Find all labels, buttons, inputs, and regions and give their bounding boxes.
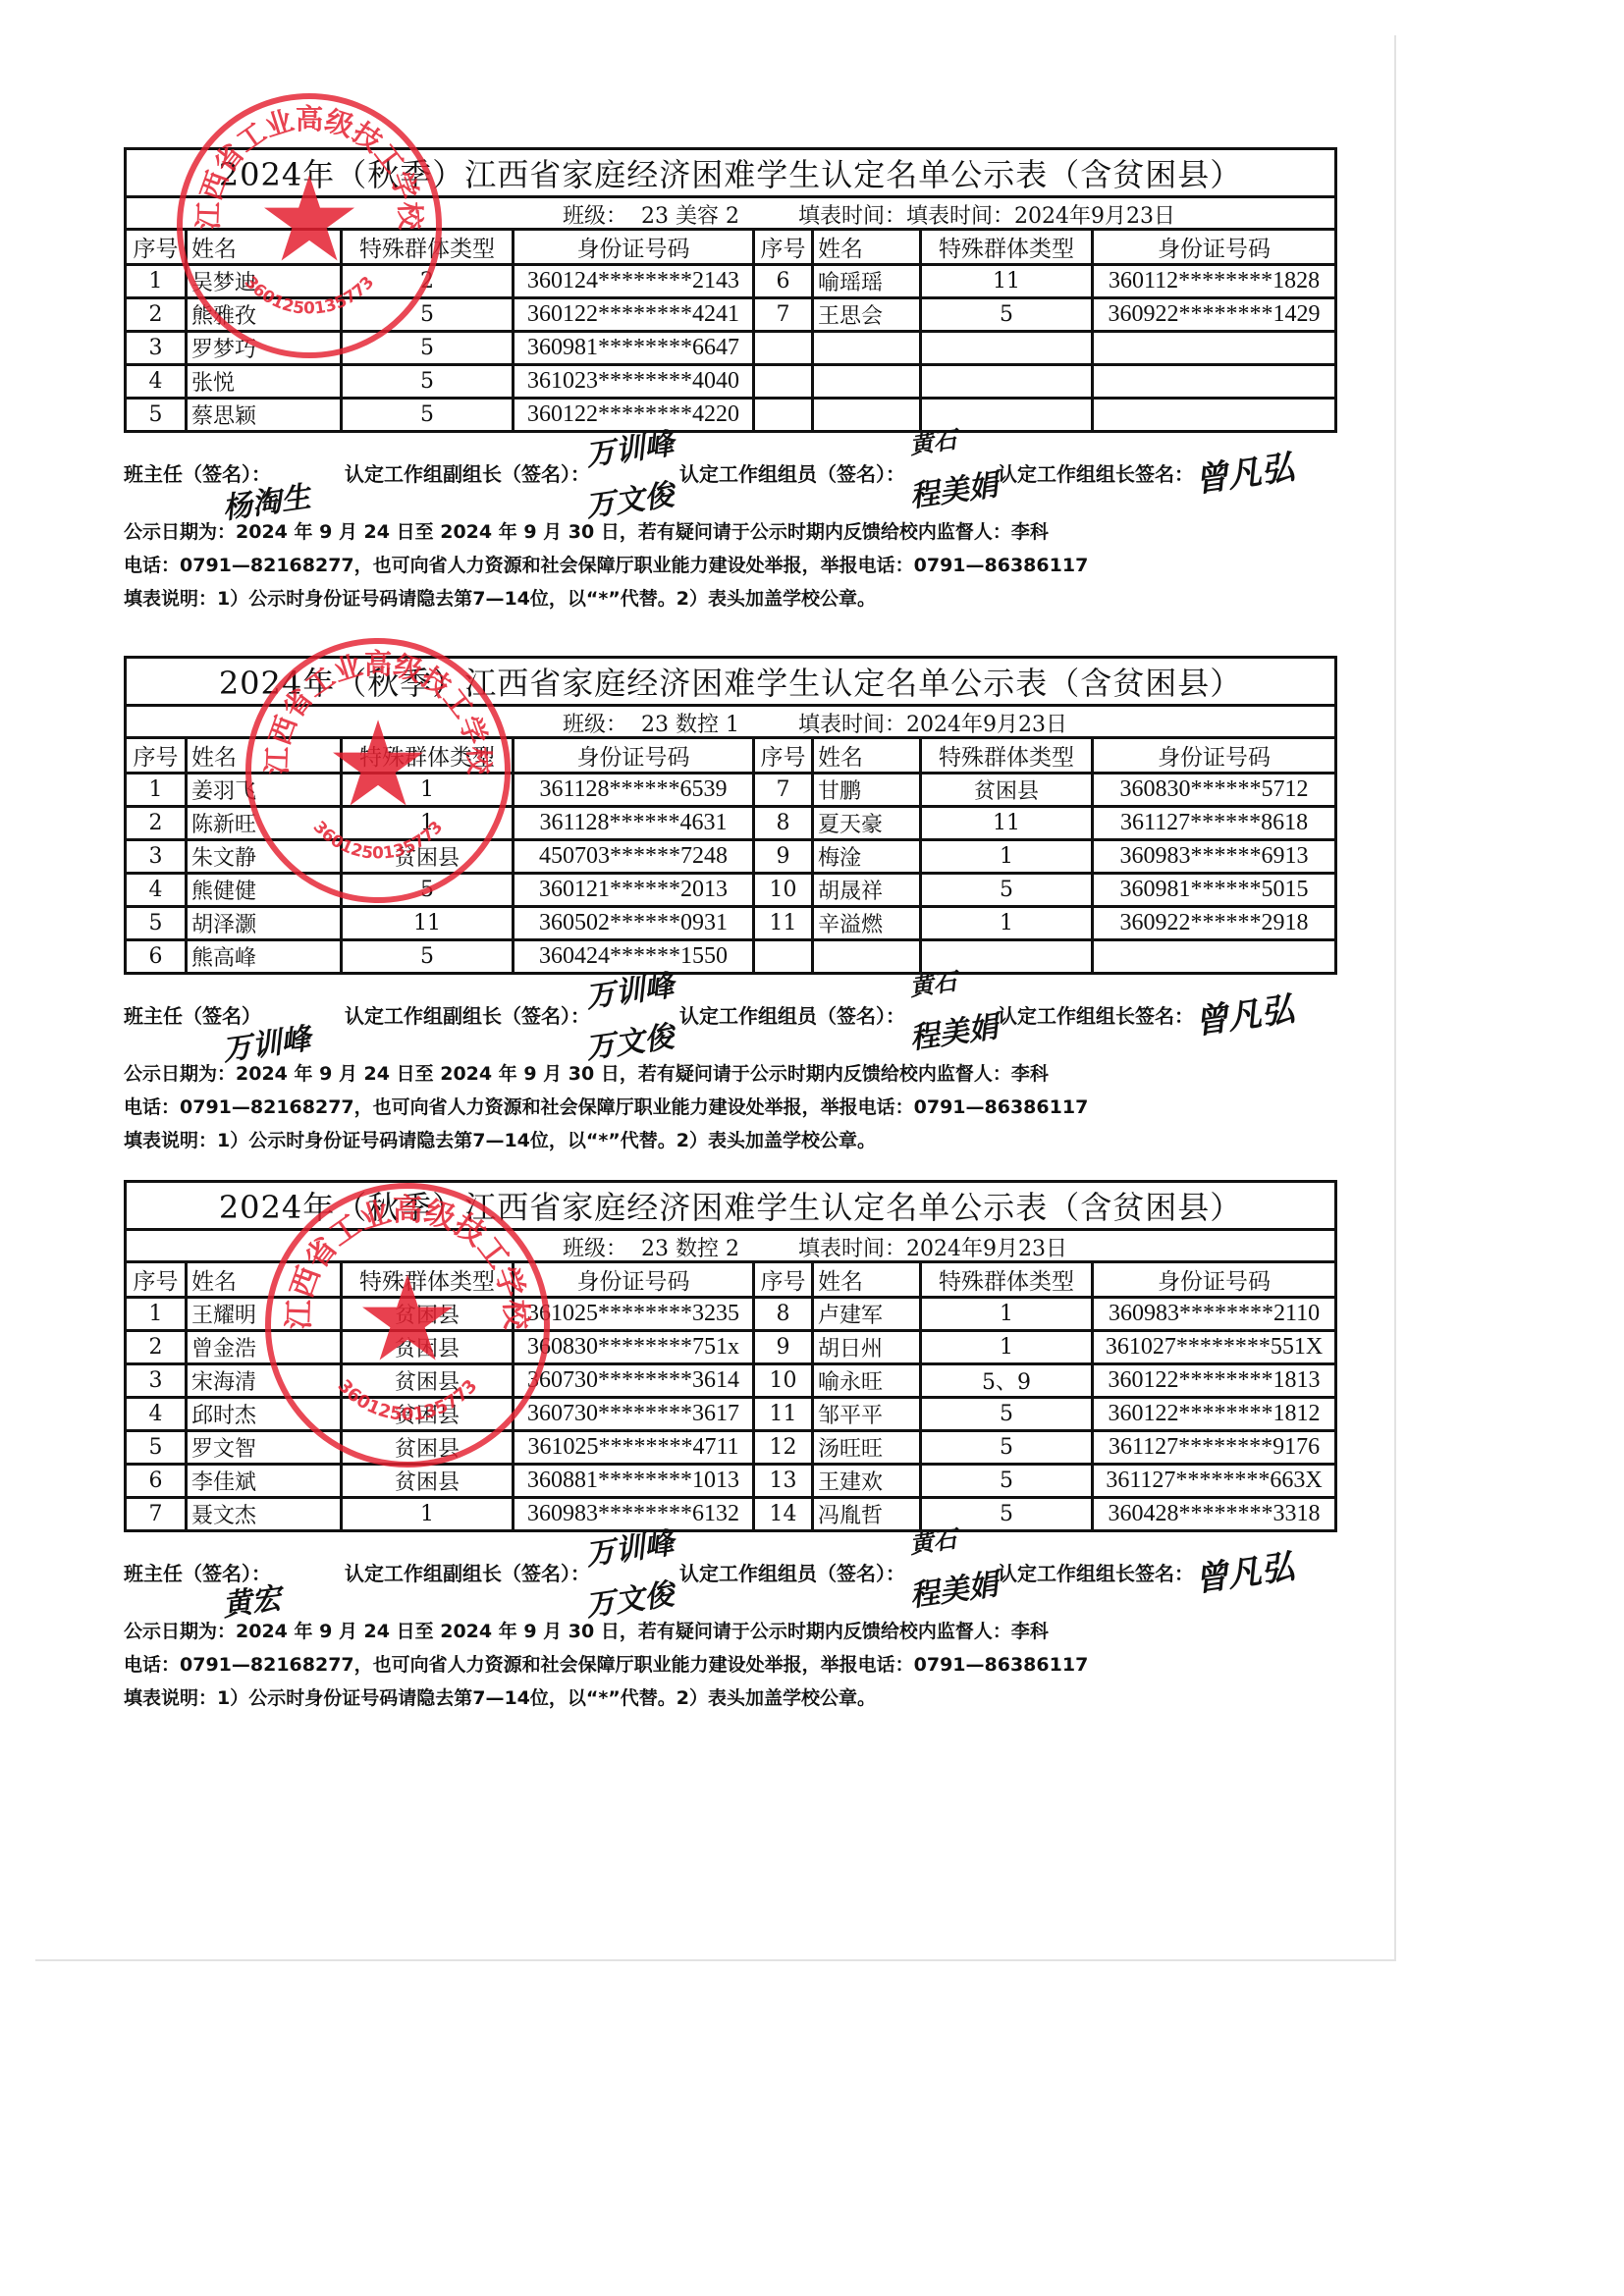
id-number-cell: 361127******8618 (1093, 807, 1336, 840)
fill-date-value: 2024年9月23日 (1014, 204, 1175, 229)
col-header-seq: 序号 (126, 738, 187, 774)
id-number-cell: 360981********6647 (514, 332, 754, 365)
group-type-cell: 5 (921, 298, 1093, 332)
notice-instructions: 填表说明：1）公示时身份证号码请隐去第7—14位，以“*”代替。2）表头加盖学校… (124, 1124, 1334, 1157)
student-name-cell: 喻瑶瑶 (813, 265, 921, 298)
seq-cell: 8 (754, 807, 813, 840)
student-name-cell: 汤旺旺 (813, 1431, 921, 1465)
seq-cell (754, 399, 813, 432)
group-type-cell: 贫困县 (342, 840, 514, 874)
signature-row: 班主任（签名）： 杨淘生 认定工作组副组长（签名）： 万训峰 万文俊 认定工作组… (124, 433, 1334, 515)
seq-cell: 13 (754, 1465, 813, 1498)
student-name-cell (813, 940, 921, 974)
id-number-cell (1093, 399, 1336, 432)
group-type-cell (921, 365, 1093, 399)
seq-cell: 8 (754, 1298, 813, 1331)
table-row: 3罗梦巧5360981********6647 (126, 332, 1336, 365)
roster-table: 2024年（秋季）江西省家庭经济困难学生认定名单公示表（含贫困县） 班级： 23… (124, 1180, 1337, 1532)
seq-cell: 5 (126, 399, 187, 432)
col-header-id-number: 身份证号码 (1093, 1262, 1336, 1298)
student-name-cell: 胡泽灏 (187, 907, 342, 940)
id-number-cell: 361025********3235 (514, 1298, 754, 1331)
table-row: 3宋海清贫困县360730********361410喻永旺5、9360122*… (126, 1364, 1336, 1398)
group-type-cell: 1 (342, 774, 514, 807)
student-name-cell: 朱文静 (187, 840, 342, 874)
seq-cell: 11 (754, 1398, 813, 1431)
member-signature-2: 程美娟 (906, 1002, 1000, 1057)
seq-cell: 6 (126, 1465, 187, 1498)
col-header-name: 姓名 (187, 1262, 342, 1298)
notice-phone: 电话：0791—82168277，也可向省人力资源和社会保障厅职业能力建设处举报… (124, 1648, 1334, 1682)
student-name-cell: 吴梦迪 (187, 265, 342, 298)
group-type-cell: 5 (342, 874, 514, 907)
student-name-cell (813, 399, 921, 432)
group-type-cell: 贫困县 (342, 1431, 514, 1465)
id-number-cell: 361023********4040 (514, 365, 754, 399)
deputy-leader-sign-label: 认定工作组副组长（签名）： (345, 458, 590, 487)
seq-cell: 5 (126, 907, 187, 940)
group-type-cell: 5 (921, 874, 1093, 907)
id-number-cell: 360730********3617 (514, 1398, 754, 1431)
class-label: 班级： 23 美容 2 (563, 199, 739, 230)
id-number-cell (1093, 940, 1336, 974)
student-name-cell: 熊高峰 (187, 940, 342, 974)
table-row: 5胡泽灏11360502******093111辛溢燃1360922******… (126, 907, 1336, 940)
table-row: 6熊高峰5360424******1550 (126, 940, 1336, 974)
id-number-cell: 361128******4631 (514, 807, 754, 840)
roster-section-2: 2024年（秋季）江西省家庭经济困难学生认定名单公示表（含贫困县） 班级： 23… (124, 656, 1334, 1157)
col-header-name: 姓名 (813, 1262, 921, 1298)
col-header-id-number: 身份证号码 (514, 230, 754, 265)
table-row: 5蔡思颖5360122********4220 (126, 399, 1336, 432)
student-name-cell: 王建欢 (813, 1465, 921, 1498)
id-number-cell: 360122********4241 (514, 298, 754, 332)
seq-cell: 12 (754, 1431, 813, 1465)
seq-cell: 2 (126, 1331, 187, 1364)
leader-sign-label: 认定工作组组长签名： (998, 1558, 1194, 1586)
seq-cell: 7 (754, 774, 813, 807)
group-type-cell: 1 (342, 807, 514, 840)
seq-cell: 2 (126, 298, 187, 332)
student-name-cell: 聂文杰 (187, 1498, 342, 1531)
id-number-cell: 360830********751x (514, 1331, 754, 1364)
student-name-cell (813, 332, 921, 365)
id-number-cell (1093, 332, 1336, 365)
member-sign-label: 认定工作组组员（签名）： (679, 458, 905, 487)
col-header-group-type: 特殊群体类型 (921, 738, 1093, 774)
group-type-cell: 5 (921, 1465, 1093, 1498)
seq-cell: 6 (754, 265, 813, 298)
student-name-cell: 胡日州 (813, 1331, 921, 1364)
class-label: 班级： 23 数控 2 (563, 1232, 739, 1262)
student-name-cell: 辛溢燃 (813, 907, 921, 940)
fill-date-label: 填表时间：填表时间：2024年9月23日 (798, 199, 1175, 230)
seq-cell: 6 (126, 940, 187, 974)
member-signature-2: 程美娟 (906, 460, 1000, 515)
group-type-cell: 贫困县 (342, 1465, 514, 1498)
member-signature-2: 程美娟 (906, 1560, 1000, 1615)
id-number-cell: 360730********3614 (514, 1364, 754, 1398)
group-type-cell: 11 (921, 265, 1093, 298)
col-header-name: 姓名 (187, 230, 342, 265)
col-header-name: 姓名 (813, 230, 921, 265)
group-type-cell: 5 (342, 365, 514, 399)
group-type-cell: 5 (342, 298, 514, 332)
table-row: 1王耀明贫困县361025********32358卢建军1360983****… (126, 1298, 1336, 1331)
signature-row: 班主任（签名）： 黄宏 认定工作组副组长（签名）： 万训峰 万文俊 认定工作组组… (124, 1532, 1334, 1615)
seq-cell: 10 (754, 1364, 813, 1398)
notice-dates: 公示日期为：2024 年 9 月 24 日至 2024 年 9 月 30 日，若… (124, 515, 1334, 549)
student-name-cell: 熊健健 (187, 874, 342, 907)
group-type-cell: 5 (342, 399, 514, 432)
class-value: 23 数控 2 (641, 1237, 739, 1261)
student-name-cell: 张悦 (187, 365, 342, 399)
id-number-cell: 360124********2143 (514, 265, 754, 298)
student-name-cell: 甘鹏 (813, 774, 921, 807)
group-type-cell: 5 (342, 332, 514, 365)
id-number-cell: 360983******6913 (1093, 840, 1336, 874)
class-value: 23 美容 2 (641, 204, 739, 229)
seq-cell: 9 (754, 840, 813, 874)
group-type-cell: 5、9 (921, 1364, 1093, 1398)
group-type-cell: 11 (921, 807, 1093, 840)
id-number-cell: 360983********2110 (1093, 1298, 1336, 1331)
student-name-cell: 李佳斌 (187, 1465, 342, 1498)
col-header-id-number: 身份证号码 (514, 738, 754, 774)
student-name-cell: 卢建军 (813, 1298, 921, 1331)
seq-cell: 9 (754, 1331, 813, 1364)
col-header-group-type: 特殊群体类型 (342, 230, 514, 265)
notice-dates: 公示日期为：2024 年 9 月 24 日至 2024 年 9 月 30 日，若… (124, 1615, 1334, 1648)
id-number-cell: 361127********9176 (1093, 1431, 1336, 1465)
student-name-cell: 邹平平 (813, 1398, 921, 1431)
col-header-group-type: 特殊群体类型 (342, 1262, 514, 1298)
class-info-row: 班级： 23 数控 1 填表时间：2024年9月23日 (126, 706, 1336, 738)
notice-dates: 公示日期为：2024 年 9 月 24 日至 2024 年 9 月 30 日，若… (124, 1057, 1334, 1091)
fill-date-value: 2024年9月23日 (906, 713, 1067, 737)
id-number-cell: 361027********551X (1093, 1331, 1336, 1364)
id-number-cell: 360112********1828 (1093, 265, 1336, 298)
col-header-id-number: 身份证号码 (514, 1262, 754, 1298)
table-row: 6李佳斌贫困县360881********101313王建欢5361127***… (126, 1465, 1336, 1498)
seq-cell: 1 (126, 774, 187, 807)
leader-signature: 曾凡弘 (1191, 982, 1297, 1043)
table-row: 3朱文静贫困县450703******72489梅淦1360983******6… (126, 840, 1336, 874)
table-title: 2024年（秋季）江西省家庭经济困难学生认定名单公示表（含贫困县） (126, 149, 1336, 197)
table-header-row: 序号 姓名 特殊群体类型 身份证号码 序号 姓名 特殊群体类型 身份证号码 (126, 1262, 1336, 1298)
table-row: 2熊雅孜5360122********42417王思会5360922******… (126, 298, 1336, 332)
seq-cell: 3 (126, 1364, 187, 1398)
member-signature-1: 黄石 (907, 1520, 958, 1560)
fill-date-label: 填表时间：2024年9月23日 (798, 708, 1067, 738)
seq-cell: 5 (126, 1431, 187, 1465)
class-info-row: 班级： 23 美容 2 填表时间：填表时间：2024年9月23日 (126, 197, 1336, 230)
col-header-seq: 序号 (754, 230, 813, 265)
table-header-row: 序号 姓名 特殊群体类型 身份证号码 序号 姓名 特殊群体类型 身份证号码 (126, 230, 1336, 265)
id-number-cell: 361025********4711 (514, 1431, 754, 1465)
group-type-cell: 1 (921, 1298, 1093, 1331)
seq-cell: 3 (126, 332, 187, 365)
table-row: 1姜羽飞1361128******65397甘鹏贫困县360830******5… (126, 774, 1336, 807)
id-number-cell: 360428********3318 (1093, 1498, 1336, 1531)
group-type-cell: 11 (342, 907, 514, 940)
class-info-row: 班级： 23 数控 2 填表时间：2024年9月23日 (126, 1230, 1336, 1262)
notice-instructions: 填表说明：1）公示时身份证号码请隐去第7—14位，以“*”代替。2）表头加盖学校… (124, 582, 1334, 615)
seq-cell (754, 940, 813, 974)
leader-sign-label: 认定工作组组长签名： (998, 458, 1194, 487)
col-header-seq: 序号 (126, 1262, 187, 1298)
student-name-cell: 曾金浩 (187, 1331, 342, 1364)
id-number-cell: 360502******0931 (514, 907, 754, 940)
table-title: 2024年（秋季）江西省家庭经济困难学生认定名单公示表（含贫困县） (126, 1182, 1336, 1230)
student-name-cell: 冯胤哲 (813, 1498, 921, 1531)
table-row: 7聂文杰1360983********613214冯胤哲5360428*****… (126, 1498, 1336, 1531)
member-sign-label: 认定工作组组员（签名）： (679, 1558, 905, 1586)
id-number-cell: 360830******5712 (1093, 774, 1336, 807)
notice-phone: 电话：0791—82168277，也可向省人力资源和社会保障厅职业能力建设处举报… (124, 1091, 1334, 1124)
seq-cell: 14 (754, 1498, 813, 1531)
table-row: 2曾金浩贫困县360830********751x9胡日州1361027****… (126, 1331, 1336, 1364)
group-type-cell: 贫困县 (342, 1298, 514, 1331)
group-type-cell: 1 (921, 907, 1093, 940)
member-signature-1: 黄石 (907, 962, 958, 1002)
col-header-seq: 序号 (126, 230, 187, 265)
table-row: 4熊健健5360121******201310胡晟祥5360981******5… (126, 874, 1336, 907)
id-number-cell: 360121******2013 (514, 874, 754, 907)
seq-cell: 3 (126, 840, 187, 874)
seq-cell: 7 (126, 1498, 187, 1531)
group-type-cell: 贫困县 (921, 774, 1093, 807)
seq-cell: 11 (754, 907, 813, 940)
table-row: 1吴梦迪2360124********21436喻瑶瑶11360112*****… (126, 265, 1336, 298)
col-header-id-number: 身份证号码 (1093, 230, 1336, 265)
roster-table: 2024年（秋季）江西省家庭经济困难学生认定名单公示表（含贫困县） 班级： 23… (124, 656, 1337, 975)
notice-block: 公示日期为：2024 年 9 月 24 日至 2024 年 9 月 30 日，若… (124, 515, 1334, 615)
id-number-cell: 360122********1813 (1093, 1364, 1336, 1398)
id-number-cell: 360922******2918 (1093, 907, 1336, 940)
student-name-cell: 喻永旺 (813, 1364, 921, 1398)
seq-cell: 10 (754, 874, 813, 907)
student-name-cell: 王耀明 (187, 1298, 342, 1331)
roster-section-1: 2024年（秋季）江西省家庭经济困难学生认定名单公示表（含贫困县） 班级： 23… (124, 147, 1334, 615)
student-name-cell: 宋海清 (187, 1364, 342, 1398)
notice-block: 公示日期为：2024 年 9 月 24 日至 2024 年 9 月 30 日，若… (124, 1615, 1334, 1715)
student-name-cell: 蔡思颖 (187, 399, 342, 432)
id-number-cell: 361127********663X (1093, 1465, 1336, 1498)
student-name-cell: 邱时杰 (187, 1398, 342, 1431)
student-name-cell: 胡晟祥 (813, 874, 921, 907)
id-number-cell: 360122********1812 (1093, 1398, 1336, 1431)
col-header-name: 姓名 (187, 738, 342, 774)
roster-section-3: 2024年（秋季）江西省家庭经济困难学生认定名单公示表（含贫困县） 班级： 23… (124, 1180, 1334, 1715)
seq-cell: 2 (126, 807, 187, 840)
head-teacher-signature: 黄宏 (219, 1574, 284, 1625)
group-type-cell: 5 (921, 1431, 1093, 1465)
notice-block: 公示日期为：2024 年 9 月 24 日至 2024 年 9 月 30 日，若… (124, 1057, 1334, 1157)
member-sign-label: 认定工作组组员（签名）： (679, 1000, 905, 1029)
col-header-seq: 序号 (754, 738, 813, 774)
table-row: 5罗文智贫困县361025********471112汤旺旺5361127***… (126, 1431, 1336, 1465)
group-type-cell: 5 (921, 1398, 1093, 1431)
notice-phone: 电话：0791—82168277，也可向省人力资源和社会保障厅职业能力建设处举报… (124, 549, 1334, 582)
member-signature-1: 黄石 (907, 420, 958, 460)
col-header-id-number: 身份证号码 (1093, 738, 1336, 774)
col-header-group-type: 特殊群体类型 (342, 738, 514, 774)
student-name-cell: 罗梦巧 (187, 332, 342, 365)
table-row: 4邱时杰贫困县360730********361711邹平平5360122***… (126, 1398, 1336, 1431)
student-name-cell: 王思会 (813, 298, 921, 332)
signature-row: 班主任（签名） 万训峰 认定工作组副组长（签名）： 万训峰 万文俊 认定工作组组… (124, 975, 1334, 1057)
id-number-cell: 450703******7248 (514, 840, 754, 874)
col-header-group-type: 特殊群体类型 (921, 1262, 1093, 1298)
student-name-cell: 罗文智 (187, 1431, 342, 1465)
table-header-row: 序号 姓名 特殊群体类型 身份证号码 序号 姓名 特殊群体类型 身份证号码 (126, 738, 1336, 774)
deputy-leader-sign-label: 认定工作组副组长（签名）： (345, 1000, 590, 1029)
table-title: 2024年（秋季）江西省家庭经济困难学生认定名单公示表（含贫困县） (126, 658, 1336, 706)
seq-cell: 7 (754, 298, 813, 332)
group-type-cell: 贫困县 (342, 1364, 514, 1398)
student-name-cell: 熊雅孜 (187, 298, 342, 332)
seq-cell: 4 (126, 1398, 187, 1431)
col-header-name: 姓名 (813, 738, 921, 774)
group-type-cell: 贫困县 (342, 1331, 514, 1364)
student-name-cell: 陈新旺 (187, 807, 342, 840)
id-number-cell: 361128******6539 (514, 774, 754, 807)
leader-sign-label: 认定工作组组长签名： (998, 1000, 1194, 1029)
table-row: 4张悦5361023********4040 (126, 365, 1336, 399)
group-type-cell (921, 332, 1093, 365)
group-type-cell: 5 (342, 940, 514, 974)
student-name-cell: 夏天豪 (813, 807, 921, 840)
group-type-cell: 1 (921, 1331, 1093, 1364)
leader-signature: 曾凡弘 (1191, 440, 1297, 502)
class-value: 23 数控 1 (641, 713, 739, 737)
col-header-seq: 序号 (754, 1262, 813, 1298)
leader-signature: 曾凡弘 (1191, 1539, 1297, 1601)
group-type-cell: 贫困县 (342, 1398, 514, 1431)
class-label: 班级： 23 数控 1 (563, 708, 739, 738)
table-row: 2陈新旺1361128******46318夏天豪11361127******8… (126, 807, 1336, 840)
fill-date-value: 2024年9月23日 (906, 1237, 1067, 1261)
seq-cell: 1 (126, 265, 187, 298)
group-type-cell: 2 (342, 265, 514, 298)
student-name-cell: 姜羽飞 (187, 774, 342, 807)
seq-cell: 1 (126, 1298, 187, 1331)
seq-cell: 4 (126, 365, 187, 399)
group-type-cell: 1 (342, 1498, 514, 1531)
id-number-cell: 360881********1013 (514, 1465, 754, 1498)
student-name-cell (813, 365, 921, 399)
notice-instructions: 填表说明：1）公示时身份证号码请隐去第7—14位，以“*”代替。2）表头加盖学校… (124, 1682, 1334, 1715)
seq-cell: 4 (126, 874, 187, 907)
seq-cell (754, 332, 813, 365)
id-number-cell: 360922********1429 (1093, 298, 1336, 332)
deputy-leader-sign-label: 认定工作组副组长（签名）： (345, 1558, 590, 1586)
id-number-cell (1093, 365, 1336, 399)
fill-date-label: 填表时间：2024年9月23日 (798, 1232, 1067, 1262)
student-name-cell: 梅淦 (813, 840, 921, 874)
group-type-cell: 1 (921, 840, 1093, 874)
col-header-group-type: 特殊群体类型 (921, 230, 1093, 265)
seq-cell (754, 365, 813, 399)
id-number-cell: 360981******5015 (1093, 874, 1336, 907)
roster-table: 2024年（秋季）江西省家庭经济困难学生认定名单公示表（含贫困县） 班级： 23… (124, 147, 1337, 433)
